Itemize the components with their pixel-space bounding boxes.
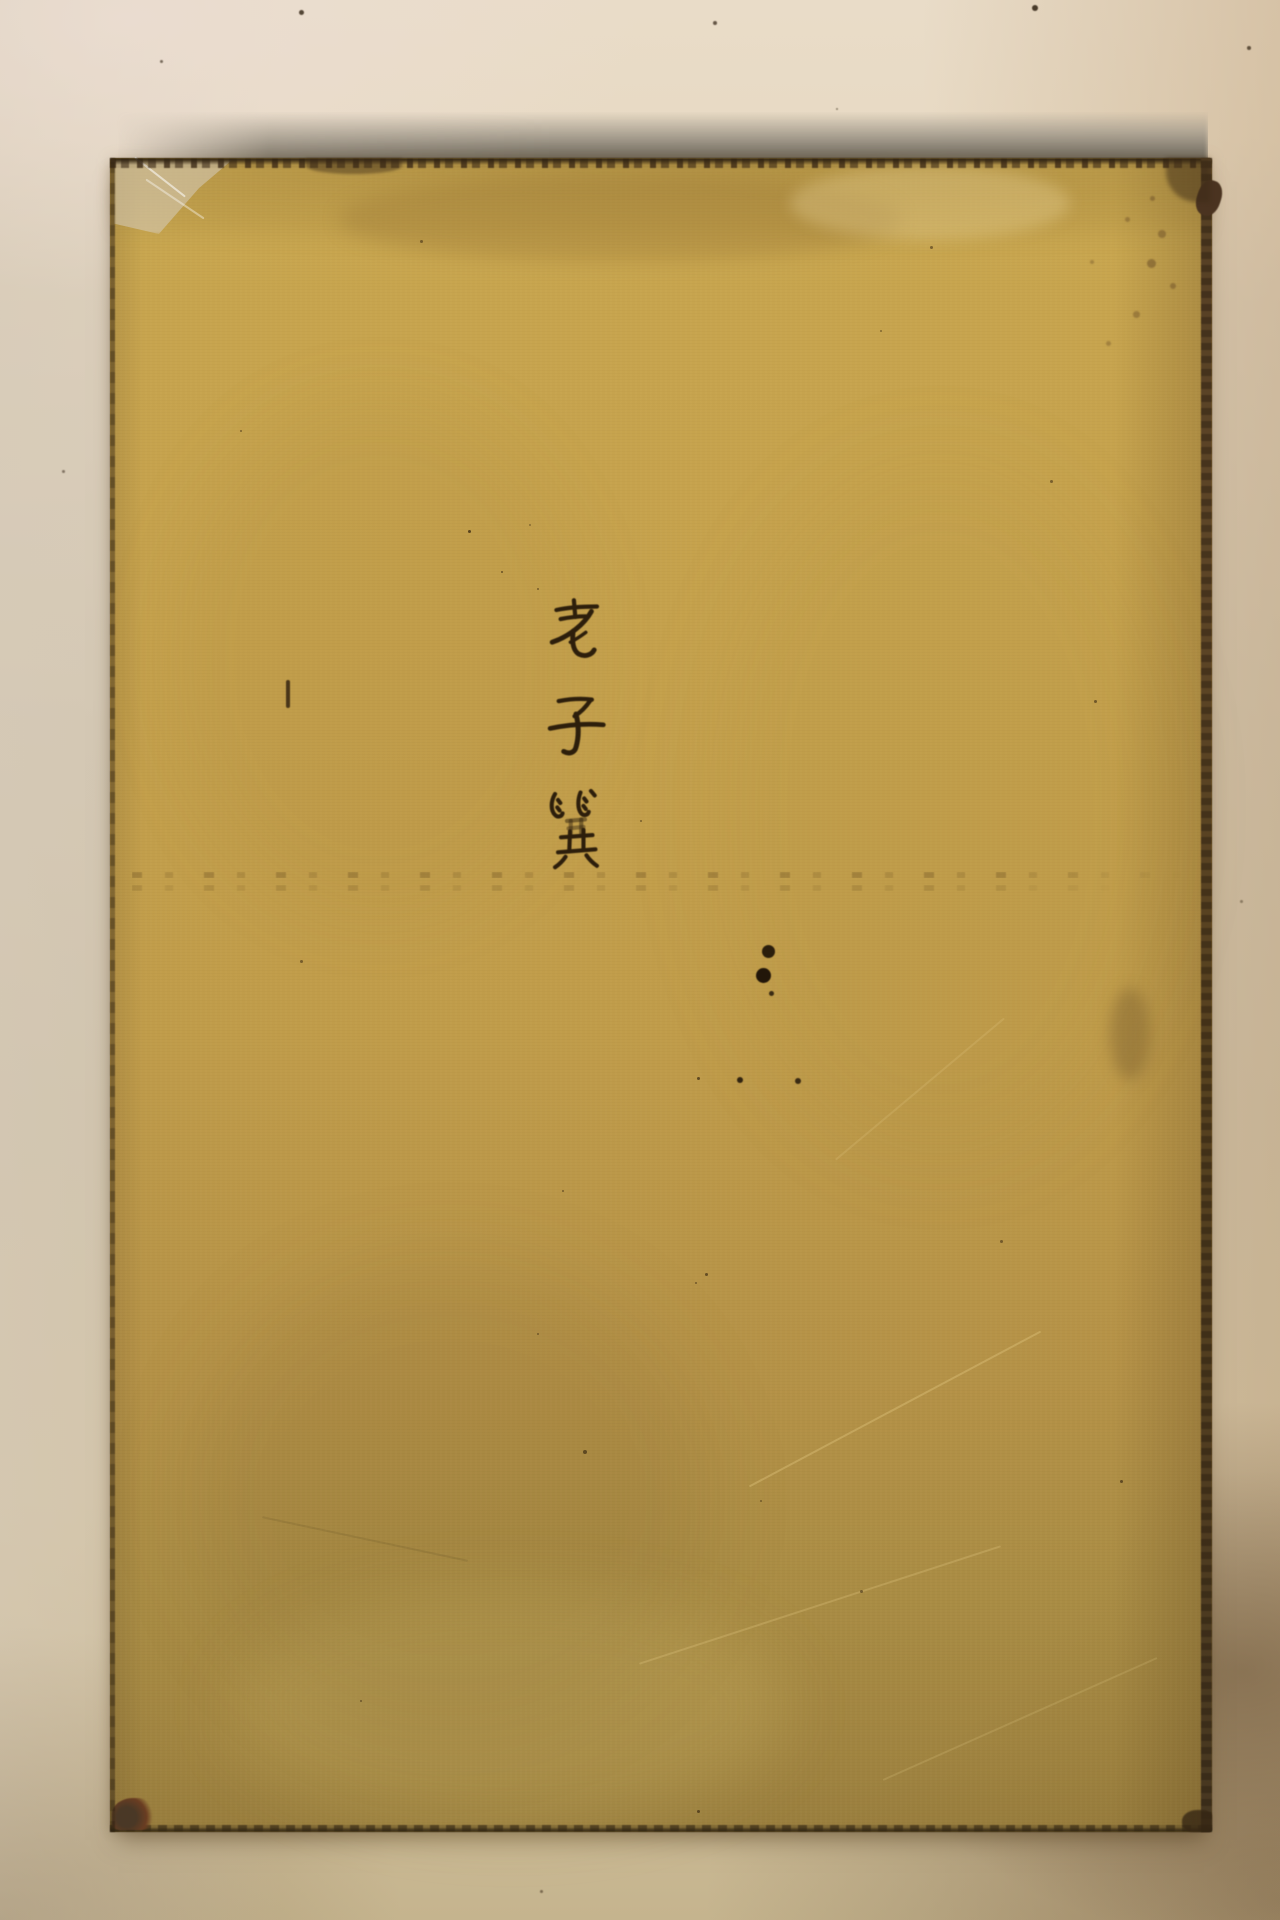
speck bbox=[540, 1890, 543, 1893]
cover-vignette bbox=[110, 158, 1212, 1832]
book-cover: 老子翼 老 子 bbox=[110, 158, 1212, 1832]
speck bbox=[1247, 46, 1251, 50]
photo-of-antique-book: 老子翼 老 子 bbox=[0, 0, 1280, 1920]
speck bbox=[713, 21, 717, 25]
speck bbox=[1032, 5, 1038, 11]
speck bbox=[62, 470, 65, 473]
speck bbox=[1240, 900, 1243, 903]
speck bbox=[836, 108, 838, 110]
speck bbox=[299, 10, 304, 15]
book-fore-edge-shadow bbox=[116, 112, 1208, 164]
speck bbox=[160, 60, 163, 63]
